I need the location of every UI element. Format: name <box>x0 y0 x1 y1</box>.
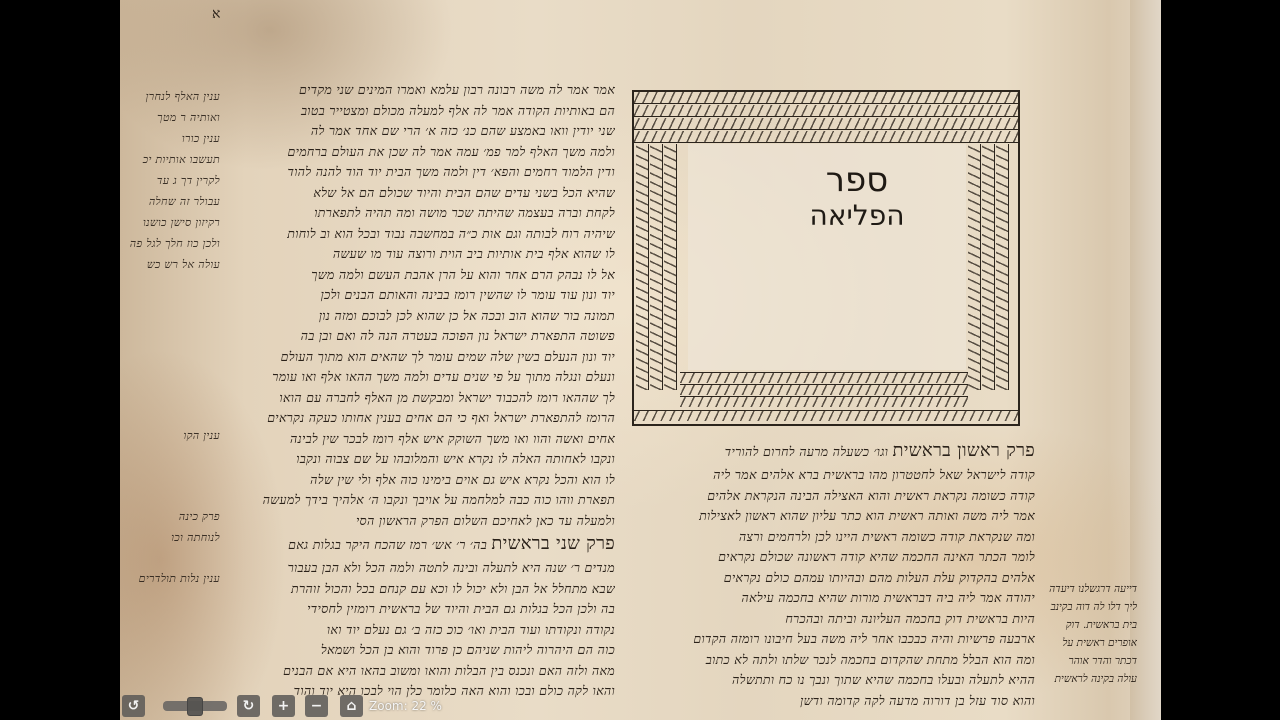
text-line: אמר ליה משה ואותה ראשית הוא כתר עליון שה… <box>635 506 1035 527</box>
manuscript-page-image[interactable]: א ענין האלף לנחרן ואותיה ר מטך ענין כורו… <box>120 0 1161 720</box>
margin-note: אופרים ראשית על <box>1012 634 1137 652</box>
margin-note: בית בראשית. דוק <box>1012 616 1137 634</box>
frame-border-band <box>996 144 1009 390</box>
image-viewer: א ענין האלף לנחרן ואותיה ר מטך ענין כורו… <box>0 0 1280 720</box>
margin-note: דייעה דרגשלנו דיעדה <box>1012 580 1137 598</box>
text-line: ולמעלה עד כאן לאחיכם השלום הפרק הראשון ה… <box>220 511 615 532</box>
frame-border-band <box>680 396 968 407</box>
text-line: מנדים ר׳ שנה היא לתעלה ובינה לתטה ולמה ה… <box>220 558 615 579</box>
text-line: לומר הכתר האינה החכמה שהיא קודה ראשונה ש… <box>635 547 1035 568</box>
left-text-column: אמר אמר לה משה רבונה רבון עלמא ואמרו המי… <box>220 80 615 702</box>
zoom-level-label: Zoom: 22 % <box>369 699 442 713</box>
home-button[interactable]: ⌂ <box>340 695 363 717</box>
home-icon: ⌂ <box>346 698 356 714</box>
text-line: ונקבו לאחותה האלה לו נקרא איש והמלובהו ע… <box>220 449 615 470</box>
book-title-line-2: הפליאה <box>748 200 966 232</box>
margin-notes-left: ענין האלף לנחרן ואותיה ר מטך ענין כורו ת… <box>120 86 220 589</box>
text-line: ולמה משך האלף למר פמ׳ עמה אמר לה שכן את … <box>220 142 615 163</box>
frame-border-band <box>634 131 1018 143</box>
frame-border-band <box>634 92 1018 104</box>
zoom-slider-thumb[interactable] <box>187 697 203 716</box>
text-line: ודין הלמוד רחמים והפא׳ דין ולמה משך הבית… <box>220 162 615 183</box>
text-line: הם באותיות הקודה אמר לה אלף למעלה מכולם … <box>220 101 615 122</box>
text-line: ההיא לתעלה ובעלו בחכמה שהיא שתוך ונבך נו… <box>635 670 1035 691</box>
text-line: בה׳ ר׳ אש׳ רמז שהכח היקר בגלות גאם <box>288 537 487 552</box>
text-line: אמר אמר לה משה רבונה רבון עלמא ואמרו המי… <box>220 80 615 101</box>
margin-note: ואותיה ר מטך <box>120 107 220 128</box>
frame-border-band <box>680 372 968 383</box>
text-line: ונעלם ונגלה מתוך על פי שנים עדים ולמה מש… <box>220 367 615 388</box>
viewer-toolbar: ↺ ↻ + − ⌂ Zoom: 22 % <box>122 694 442 718</box>
text-line: הרומז להתפארת ישראל ואף כי הם אחים בענין… <box>220 408 615 429</box>
book-title: ספר הפליאה <box>688 160 966 232</box>
frame-border-band <box>634 105 1018 117</box>
text-line: בה ולכן הכל בגלות גם הבית והיוד של בראשי… <box>220 599 615 620</box>
margin-note: לנוחתה וכו <box>120 527 220 548</box>
margin-note: ליך דלו לה דוה בקינב <box>1012 598 1137 616</box>
text-line: יהודה אמר ליה ביה דבראשית מורות שהיא בחכ… <box>635 588 1035 609</box>
margin-note: עולה אל רש כש <box>120 254 220 275</box>
text-line: והוא סוד עזל בן דורוה מדעה לקה קדומה ודש… <box>635 691 1035 712</box>
text-line: אל לו נבהק הרם אחר והוא על הרן אהבת העשם… <box>220 265 615 286</box>
frame-border-band <box>968 144 981 390</box>
margin-note: עולה בקינה לראשית <box>1012 670 1137 688</box>
text-line: לו הוא והכל נקרא איש גם אוים בימינו כוה … <box>220 470 615 491</box>
text-line: ומה הוא הבלל מתחת שהקדום בחכמה לנכר שלתו… <box>635 650 1035 671</box>
text-line: ומה שנקראת קודה כשומה ראשית היינו לכן ול… <box>635 527 1035 548</box>
margin-notes-right: דייעה דרגשלנו דיעדה ליך דלו לה דוה בקינב… <box>1012 580 1137 688</box>
text-line: נקודה ונקודתו ועוד הבית ואו׳ כוכ כזה ב׳ … <box>220 620 615 641</box>
text-line: אלהים בהקדוק עלת העלות מהם ובהיותו עמהם … <box>635 568 1035 589</box>
frame-border-band <box>680 384 968 395</box>
title-box: ספר הפליאה <box>688 144 966 370</box>
text-line: תפארת ווהו כוה כבה למלחמה על אויבך ונקבו… <box>220 490 615 511</box>
text-line: שהיא הכל בשני עדים שהם הבית והיוד שכולם … <box>220 183 615 204</box>
rotate-left-icon: ↺ <box>128 698 140 714</box>
text-line: שיהיה רוח לבותה וגם אות כ״ה במחשבה נבוד … <box>220 224 615 245</box>
text-line: פשוטה התפארת ישראל נון הפוכה בעטרה הנה ל… <box>220 326 615 347</box>
text-line: לך שההאו רומז להכבוד ישראל ומבקשת מן האל… <box>220 388 615 409</box>
zoom-slider[interactable] <box>163 695 227 717</box>
frame-border-band <box>634 410 1018 421</box>
text-line: לו שהוא אלף בית אותיות ביב הוית ורוצה עו… <box>220 244 615 265</box>
margin-note: לקרין דך ג עד <box>120 170 220 191</box>
frame-border-band <box>664 144 677 390</box>
margin-note: רקיזון סישן כושנו <box>120 212 220 233</box>
margin-note: תעשבו אותיות יכ <box>120 149 220 170</box>
margin-note: דכתר והדר אוהר <box>1012 652 1137 670</box>
margin-note: ענין הקו <box>120 425 220 446</box>
margin-note: ולכן כוז חלך לגל פה <box>120 233 220 254</box>
minus-icon: − <box>311 698 323 714</box>
text-line: וגו׳ כשעלה מרעה לחרום להוריד <box>725 444 888 459</box>
rotate-right-button[interactable]: ↻ <box>237 695 260 717</box>
margin-note: ענין נלות תולדרים <box>120 568 220 589</box>
plus-icon: + <box>278 698 290 714</box>
text-line: שני יודין וואו באמצע שהם כנ׳ כזה א׳ הרי … <box>220 121 615 142</box>
frame-border-band <box>650 144 663 390</box>
title-frame: ספר הפליאה <box>632 90 1020 426</box>
chapter-heading-2: פרק שני בראשית <box>491 533 615 554</box>
folio-mark: א <box>212 6 220 23</box>
margin-note: ענין כורו <box>120 128 220 149</box>
text-line: קודה לישראל שאל לחטטרון מהו בראשית ברא א… <box>635 465 1035 486</box>
text-line: מאה ולזה האם ונכנס בין הבלות והואו ומשוב… <box>220 661 615 682</box>
frame-border-band <box>634 118 1018 130</box>
zoom-out-button[interactable]: − <box>305 695 328 717</box>
margin-note: פרק כינה <box>120 506 220 527</box>
right-text-column: פרק ראשון בראשית וגו׳ כשעלה מרעה לחרום ל… <box>635 438 1035 711</box>
frame-border-band <box>982 144 995 390</box>
text-line: קודה כשומה נקראת ראשית והוא האצילה הבינה… <box>635 486 1035 507</box>
margin-note: עבולר זה שחלה <box>120 191 220 212</box>
text-line: יוד ונון הנעלם בשין שלה שמים עומר לך שהא… <box>220 347 615 368</box>
frame-border-band <box>636 144 649 390</box>
chapter-heading-1: פרק ראשון בראשית <box>893 440 1036 461</box>
zoom-in-button[interactable]: + <box>272 695 295 717</box>
rotate-right-icon: ↻ <box>243 698 255 714</box>
text-line: לקחת וברה בעצמה שהיתה שכר מושה ומה תהיה … <box>220 203 615 224</box>
text-line: היות בראשית דוק בחכמה העליונה וביתה ובהכ… <box>635 609 1035 630</box>
text-line: אחים ואשה והוו ואו משך השוקק איש אלף רומ… <box>220 429 615 450</box>
text-line: כוה הם היהרוה ליהות שניהם כן פרוד והוא ב… <box>220 640 615 661</box>
book-title-line-1: ספר <box>748 160 966 200</box>
text-line: יוד ונון עוד עומר לו שהשין רומז בבינה וה… <box>220 285 615 306</box>
margin-note: ענין האלף לנחרן <box>120 86 220 107</box>
text-line: ארבעה פרשיות והיה כבכבו אחר ליה משה בעל … <box>635 629 1035 650</box>
text-line: תמונה בור שהוא הוב ובכה אל כן שהוא לכן ל… <box>220 306 615 327</box>
rotate-left-button[interactable]: ↺ <box>122 695 145 717</box>
text-line: שבא מתחלל אל הבן ולא יכול לו וכא עם קנחם… <box>220 579 615 600</box>
